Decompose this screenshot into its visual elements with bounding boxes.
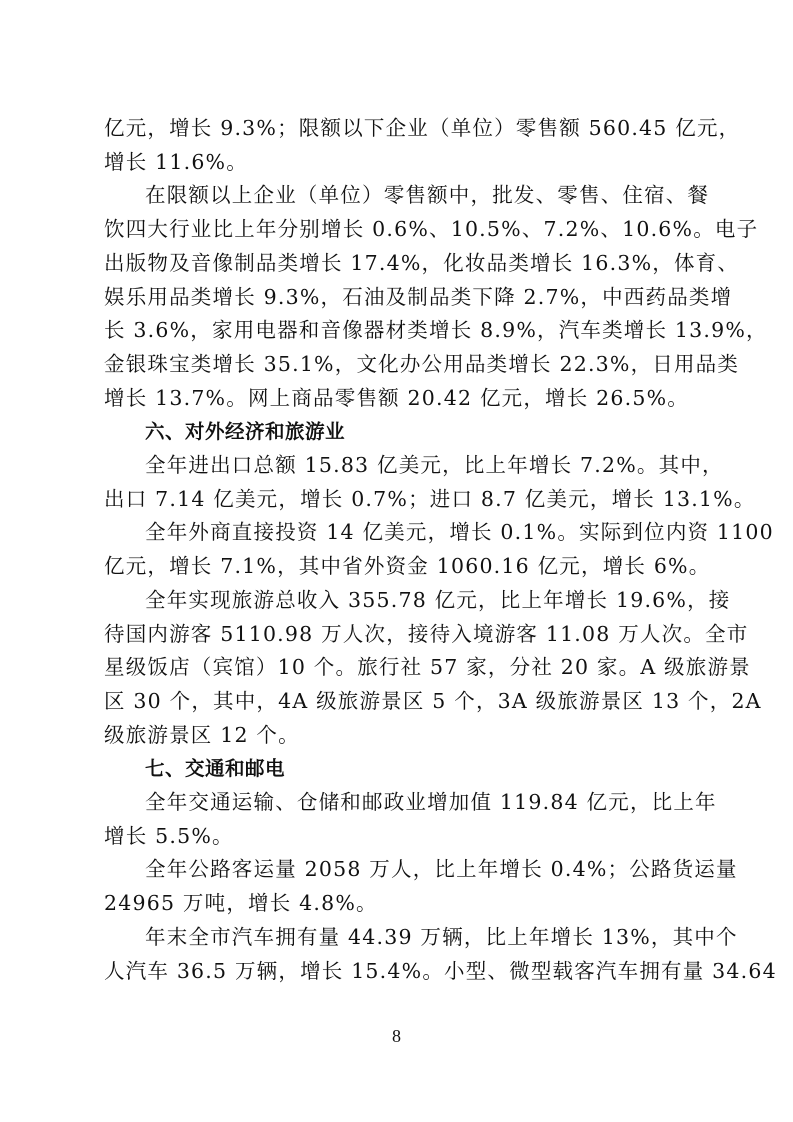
paragraph-import-export: 全年进出口总额 15.83 亿美元，比上年增长 7.2%。其中， 出口 7.14…	[104, 449, 691, 516]
paragraph-transport-value-added: 全年交通运输、仓储和邮政业增加值 119.84 亿元，比上年 增长 5.5%。	[104, 786, 691, 853]
text-line: 待国内游客 5110.98 万人次，接待入境游客 11.08 万人次。全市	[104, 618, 691, 652]
text-line: 饮四大行业比上年分别增长 0.6%、10.5%、7.2%、10.6%。电子	[104, 213, 691, 247]
paragraph-tourism: 全年实现旅游总收入 355.78 亿元，比上年增长 19.6%，接 待国内游客 …	[104, 584, 691, 753]
text-line: 在限额以上企业（单位）零售额中，批发、零售、住宿、餐	[104, 179, 691, 213]
text-line: 亿元，增长 7.1%，其中省外资金 1060.16 亿元，增长 6%。	[104, 550, 691, 584]
text-line: 全年实现旅游总收入 355.78 亿元，比上年增长 19.6%，接	[104, 584, 691, 618]
section-heading-foreign-trade-tourism: 六、对外经济和旅游业	[104, 415, 691, 449]
page-number: 8	[0, 1026, 793, 1047]
paragraph-investment: 全年外商直接投资 14 亿美元，增长 0.1%。实际到位内资 1100 亿元，增…	[104, 516, 691, 583]
text-line: 增长 11.6%。	[104, 146, 691, 180]
paragraph-retail-continued: 亿元，增长 9.3%；限额以下企业（单位）零售额 560.45 亿元， 增长 1…	[104, 112, 691, 179]
text-line: 全年公路客运量 2058 万人，比上年增长 0.4%；公路货运量	[104, 853, 691, 887]
text-line: 全年进出口总额 15.83 亿美元，比上年增长 7.2%。其中，	[104, 449, 691, 483]
paragraph-vehicle-ownership: 年末全市汽车拥有量 44.39 万辆，比上年增长 13%，其中个 人汽车 36.…	[104, 921, 691, 988]
text-line: 金银珠宝类增长 35.1%，文化办公用品类增长 22.3%，日用品类	[104, 348, 691, 382]
text-line: 星级饭店（宾馆）10 个。旅行社 57 家，分社 20 家。A 级旅游景	[104, 651, 691, 685]
text-line: 娱乐用品类增长 9.3%，石油及制品类下降 2.7%，中西药品类增	[104, 281, 691, 315]
text-line: 全年外商直接投资 14 亿美元，增长 0.1%。实际到位内资 1100	[104, 516, 691, 550]
section-heading-transport-post: 七、交通和邮电	[104, 752, 691, 786]
text-line: 亿元，增长 9.3%；限额以下企业（单位）零售额 560.45 亿元，	[104, 112, 691, 146]
text-line: 增长 13.7%。网上商品零售额 20.42 亿元，增长 26.5%。	[104, 382, 691, 416]
paragraph-road-transport: 全年公路客运量 2058 万人，比上年增长 0.4%；公路货运量 24965 万…	[104, 853, 691, 920]
text-line: 区 30 个，其中，4A 级旅游景区 5 个，3A 级旅游景区 13 个，2A	[104, 685, 691, 719]
text-line: 增长 5.5%。	[104, 820, 691, 854]
text-line: 出口 7.14 亿美元，增长 0.7%；进口 8.7 亿美元，增长 13.1%。	[104, 483, 691, 517]
text-line: 长 3.6%，家用电器和音像器材类增长 8.9%，汽车类增长 13.9%，	[104, 314, 691, 348]
text-line: 24965 万吨，增长 4.8%。	[104, 887, 691, 921]
text-line: 年末全市汽车拥有量 44.39 万辆，比上年增长 13%，其中个	[104, 921, 691, 955]
text-line: 人汽车 36.5 万辆，增长 15.4%。小型、微型载客汽车拥有量 34.64	[104, 955, 691, 989]
text-line: 全年交通运输、仓储和邮政业增加值 119.84 亿元，比上年	[104, 786, 691, 820]
paragraph-retail-categories: 在限额以上企业（单位）零售额中，批发、零售、住宿、餐 饮四大行业比上年分别增长 …	[104, 179, 691, 415]
document-page-body: 亿元，增长 9.3%；限额以下企业（单位）零售额 560.45 亿元， 增长 1…	[104, 112, 691, 988]
text-line: 级旅游景区 12 个。	[104, 719, 691, 753]
text-line: 出版物及音像制品类增长 17.4%，化妆品类增长 16.3%，体育、	[104, 247, 691, 281]
